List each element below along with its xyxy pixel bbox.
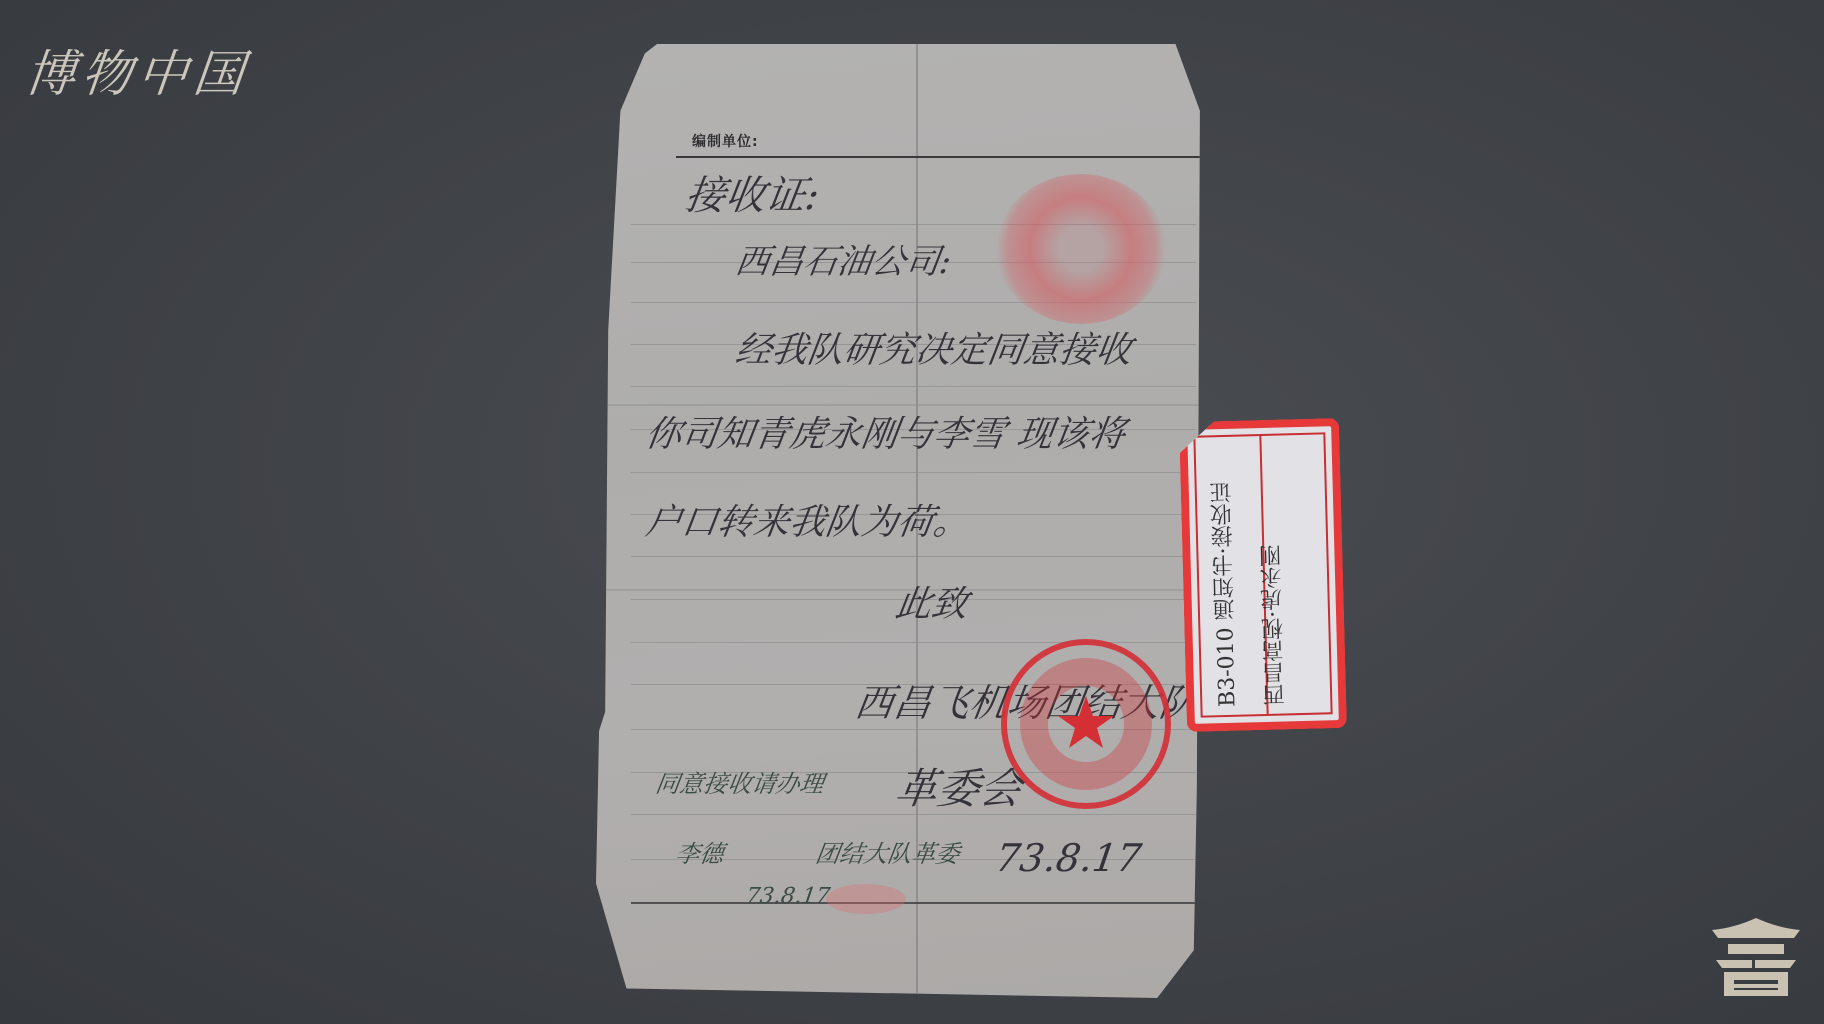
letter-recipient: 西昌石油公司:	[733, 234, 955, 283]
margin-note-unit: 团结大队革委	[814, 834, 963, 869]
letter-closing: 此致	[892, 576, 971, 627]
museum-catalog-label: B3-010 通知书·接收证 西昌高枧·虎永刚	[1179, 418, 1347, 732]
form-header-label: 编制单位:	[692, 131, 759, 151]
museum-watermark: 博物中国	[22, 34, 254, 106]
letter-body-line: 户口转来我队为荷。	[642, 494, 973, 545]
letter-title: 接收证:	[682, 164, 823, 221]
header-rule	[676, 156, 1206, 158]
letter-body-line: 你司知青虎永刚与李雪 现该将	[642, 406, 1129, 457]
official-red-seal	[996, 634, 1176, 814]
household-transfer-letter: 编制单位: 接收证: 西昌石油公司: 经我队研究决定同意接收 你司知青虎永刚与李…	[596, 44, 1206, 998]
letter-body-line: 经我队研究决定同意接收	[732, 322, 1135, 373]
margin-note-line: 同意接收请办理	[654, 764, 827, 799]
letter-date: 73.8.17	[993, 836, 1144, 880]
margin-note-date: 73.8.17	[744, 884, 831, 909]
margin-note-signer: 李德	[674, 834, 727, 869]
red-ink-stain	[826, 884, 906, 914]
catalog-description: 西昌高枧·虎永刚	[1254, 443, 1321, 706]
pavilion-logo-icon	[1704, 916, 1808, 1000]
faded-red-seal	[996, 174, 1166, 324]
